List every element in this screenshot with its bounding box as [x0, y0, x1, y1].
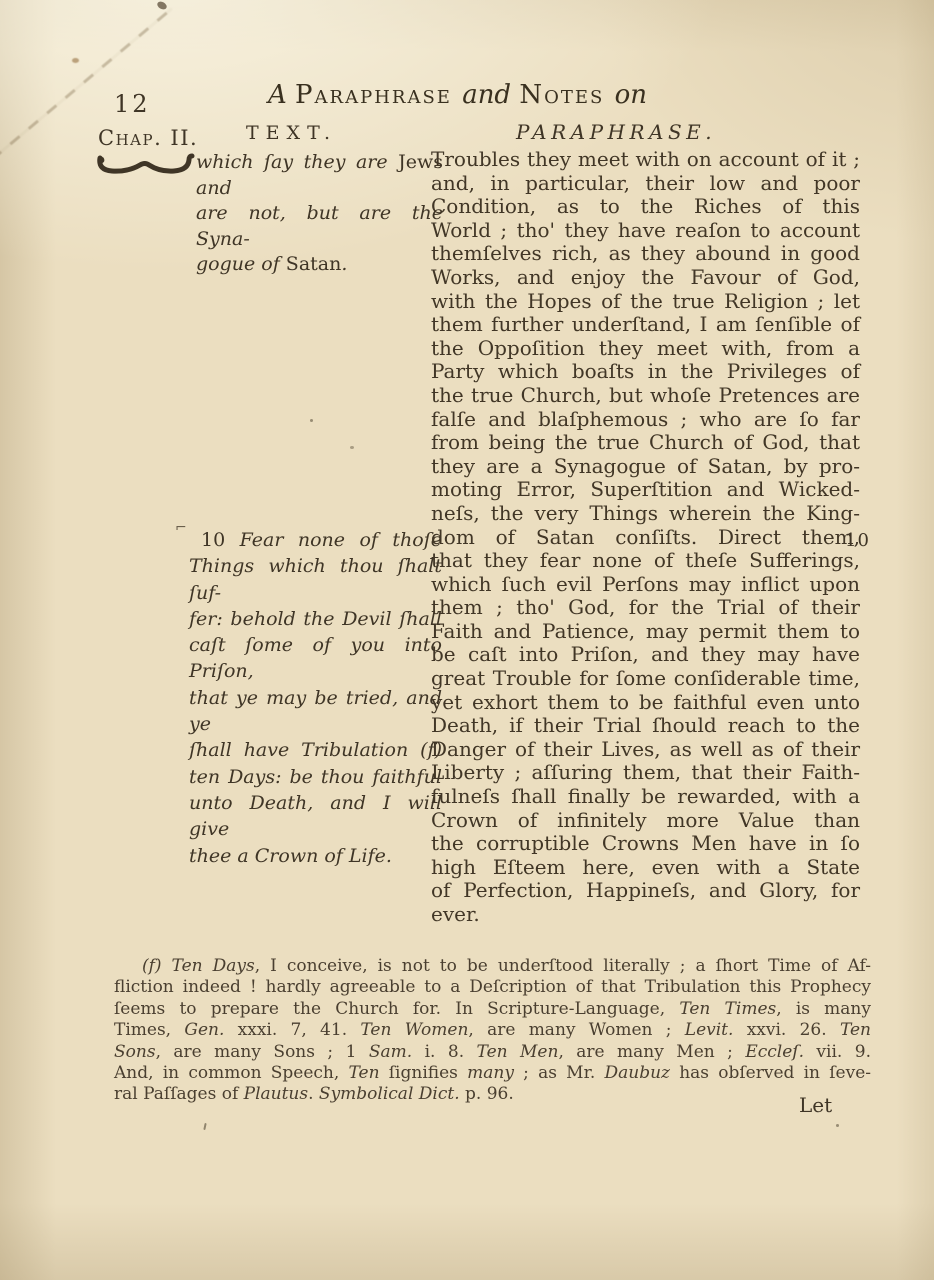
paraphrase-text-line: ever. — [431, 903, 860, 927]
footnote-line: Times, Gen. xxxi. 7, 41. Ten Women, are … — [114, 1020, 871, 1041]
ink-speck — [156, 0, 168, 11]
paraphrase-text-line: of Perfection, Happineſs, and Glory, for — [431, 879, 860, 903]
chapter-heading: Chap. II. — [98, 126, 198, 150]
paraphrase-text-line: them further underſtand, I am ſenſible o… — [431, 313, 860, 337]
scripture-text-line: that ye may be tried, and ye — [189, 685, 442, 738]
paraphrase-text-line: that they fear none of theſe Sufferings, — [431, 549, 860, 573]
footnote-line: fliction indeed ! hardly agreeable to a … — [114, 977, 871, 998]
paraphrase-text-line: be caſt into Priſon, and they may have — [431, 643, 860, 667]
page-number: 12 — [114, 90, 151, 118]
paraphrase-text-line: great Trouble for ſome conſiderable time… — [431, 667, 860, 691]
scripture-text-line: 10 Fear none of thoſe — [189, 527, 442, 553]
ink-speck — [203, 1123, 206, 1130]
paraphrase-text-line: Crown of infinitely more Value than — [431, 809, 860, 833]
scripture-text-line: Things which thou ſhalt ſuf- — [189, 553, 442, 606]
ink-speck — [836, 1124, 839, 1127]
paraphrase-text-line: themſelves rich, as they abound in good — [431, 242, 860, 266]
footnote-line: And, in common Speech, Ten ſignifies man… — [114, 1063, 871, 1084]
paraphrase-text-line: them ; tho' God, for the Trial of their — [431, 596, 860, 620]
paraphrase-text-line: Condition, as to the Riches of this — [431, 195, 860, 219]
paraphrase-text-line: Faith and Patience, may permit them to — [431, 620, 860, 644]
scripture-text-line: thee a Crown of Life. — [189, 843, 442, 869]
paraphrase-text-line: dom of Satan conſiſts. Direct them, — [431, 526, 860, 550]
book-page-scan: 12 A Paraphrase and Notes on Chap. II. T… — [0, 0, 934, 1280]
ink-speck — [310, 419, 313, 422]
paraphrase-text-block: Troubles they meet with on account of it… — [431, 148, 860, 927]
text-column-header: TEXT. — [246, 122, 337, 144]
paraphrase-text-line: Death, if their Trial ſhould reach to th… — [431, 714, 860, 738]
margin-verse-number: 10 — [845, 530, 870, 551]
paraphrase-text-line: the Oppoſition they meet with, from a — [431, 337, 860, 361]
paraphrase-text-line: fulneſs ſhall finally be rewarded, with … — [431, 785, 860, 809]
scripture-text-block: which ſay they are Jews andare not, but … — [196, 150, 443, 278]
end-flourish-icon — [96, 153, 196, 179]
paraphrase-text-line: the true Church, but whoſe Pretences are — [431, 384, 860, 408]
paraphrase-text-line: and, in particular, their low and poor — [431, 172, 860, 196]
scripture-text-line: fer: behold the Devil ſhall — [189, 606, 442, 632]
paraphrase-text-line: they are a Synagogue of Satan, by pro- — [431, 455, 860, 479]
paraphrase-text-line: Danger of their Lives, as well as of the… — [431, 738, 860, 762]
paraphrase-text-line: falſe and blaſphemous ; who are ſo far — [431, 408, 860, 432]
paraphrase-text-line: from being the true Church of God, that — [431, 431, 860, 455]
footnote-line: ſeems to prepare the Church for. In Scri… — [114, 999, 871, 1020]
paraphrase-text-line: high Eſteem here, even with a State — [431, 856, 860, 880]
scripture-text-line: ſhall have Tribulation (f) — [189, 737, 442, 763]
ink-speck — [72, 58, 79, 63]
paraphrase-text-line: Troubles they meet with on account of it… — [431, 148, 860, 172]
paraphrase-column-header: PARAPHRASE. — [516, 120, 716, 144]
running-title-segment: Notes — [519, 80, 614, 110]
footnote-block: (f) Ten Days, I conceive, is not to be u… — [114, 956, 871, 1106]
footnote-line: ral Paſſages of Plautus. Symbolical Dict… — [114, 1084, 871, 1105]
paraphrase-text-line: Works, and enjoy the Favour of God, — [431, 266, 860, 290]
verse-margin-mark: ⌐ — [175, 520, 187, 536]
running-title-segment: and — [462, 80, 519, 110]
paraphrase-text-line: World ; tho' they have reaſon to account — [431, 219, 860, 243]
scripture-text-line: which ſay they are Jews and — [196, 150, 443, 201]
paraphrase-text-line: moting Error, Superſtition and Wicked- — [431, 478, 860, 502]
running-title: A Paraphrase and Notes on — [268, 80, 647, 110]
paraphrase-text-line: the corruptible Crowns Men have in ſo — [431, 832, 860, 856]
catchword: Let — [799, 1093, 832, 1117]
paraphrase-text-line: which ſuch evil Perſons may inflict upon — [431, 573, 860, 597]
scripture-text-line: ten Days: be thou faithful — [189, 764, 442, 790]
footnote-line: Sons, are many Sons ; 1 Sam. i. 8. Ten M… — [114, 1042, 871, 1063]
running-title-segment: on — [615, 80, 647, 110]
footnote-line: (f) Ten Days, I conceive, is not to be u… — [114, 956, 871, 977]
running-title-segment: A — [268, 80, 295, 110]
paraphrase-text-line: Party which boaſts in the Privileges of — [431, 360, 860, 384]
paraphrase-text-line: with the Hopes of the true Religion ; le… — [431, 290, 860, 314]
scripture-text-line: caſt ſome of you into Priſon, — [189, 632, 442, 685]
running-title-segment: Paraphrase — [295, 80, 462, 110]
ink-speck — [350, 446, 354, 449]
paraphrase-text-line: yet exhort them to be faithful even unto — [431, 691, 860, 715]
scripture-text-line: unto Death, and I will give — [189, 790, 442, 843]
scripture-text-line: are not, but are the Syna- — [196, 201, 443, 252]
paraphrase-text-line: neſs, the very Things wherein the King- — [431, 502, 860, 526]
paraphrase-text-line: Liberty ; aſſuring them, that their Fait… — [431, 761, 860, 785]
verse-10-text-block: 10 Fear none of thoſeThings which thou ſ… — [189, 527, 442, 869]
scripture-text-line: gogue of Satan. — [196, 252, 443, 278]
